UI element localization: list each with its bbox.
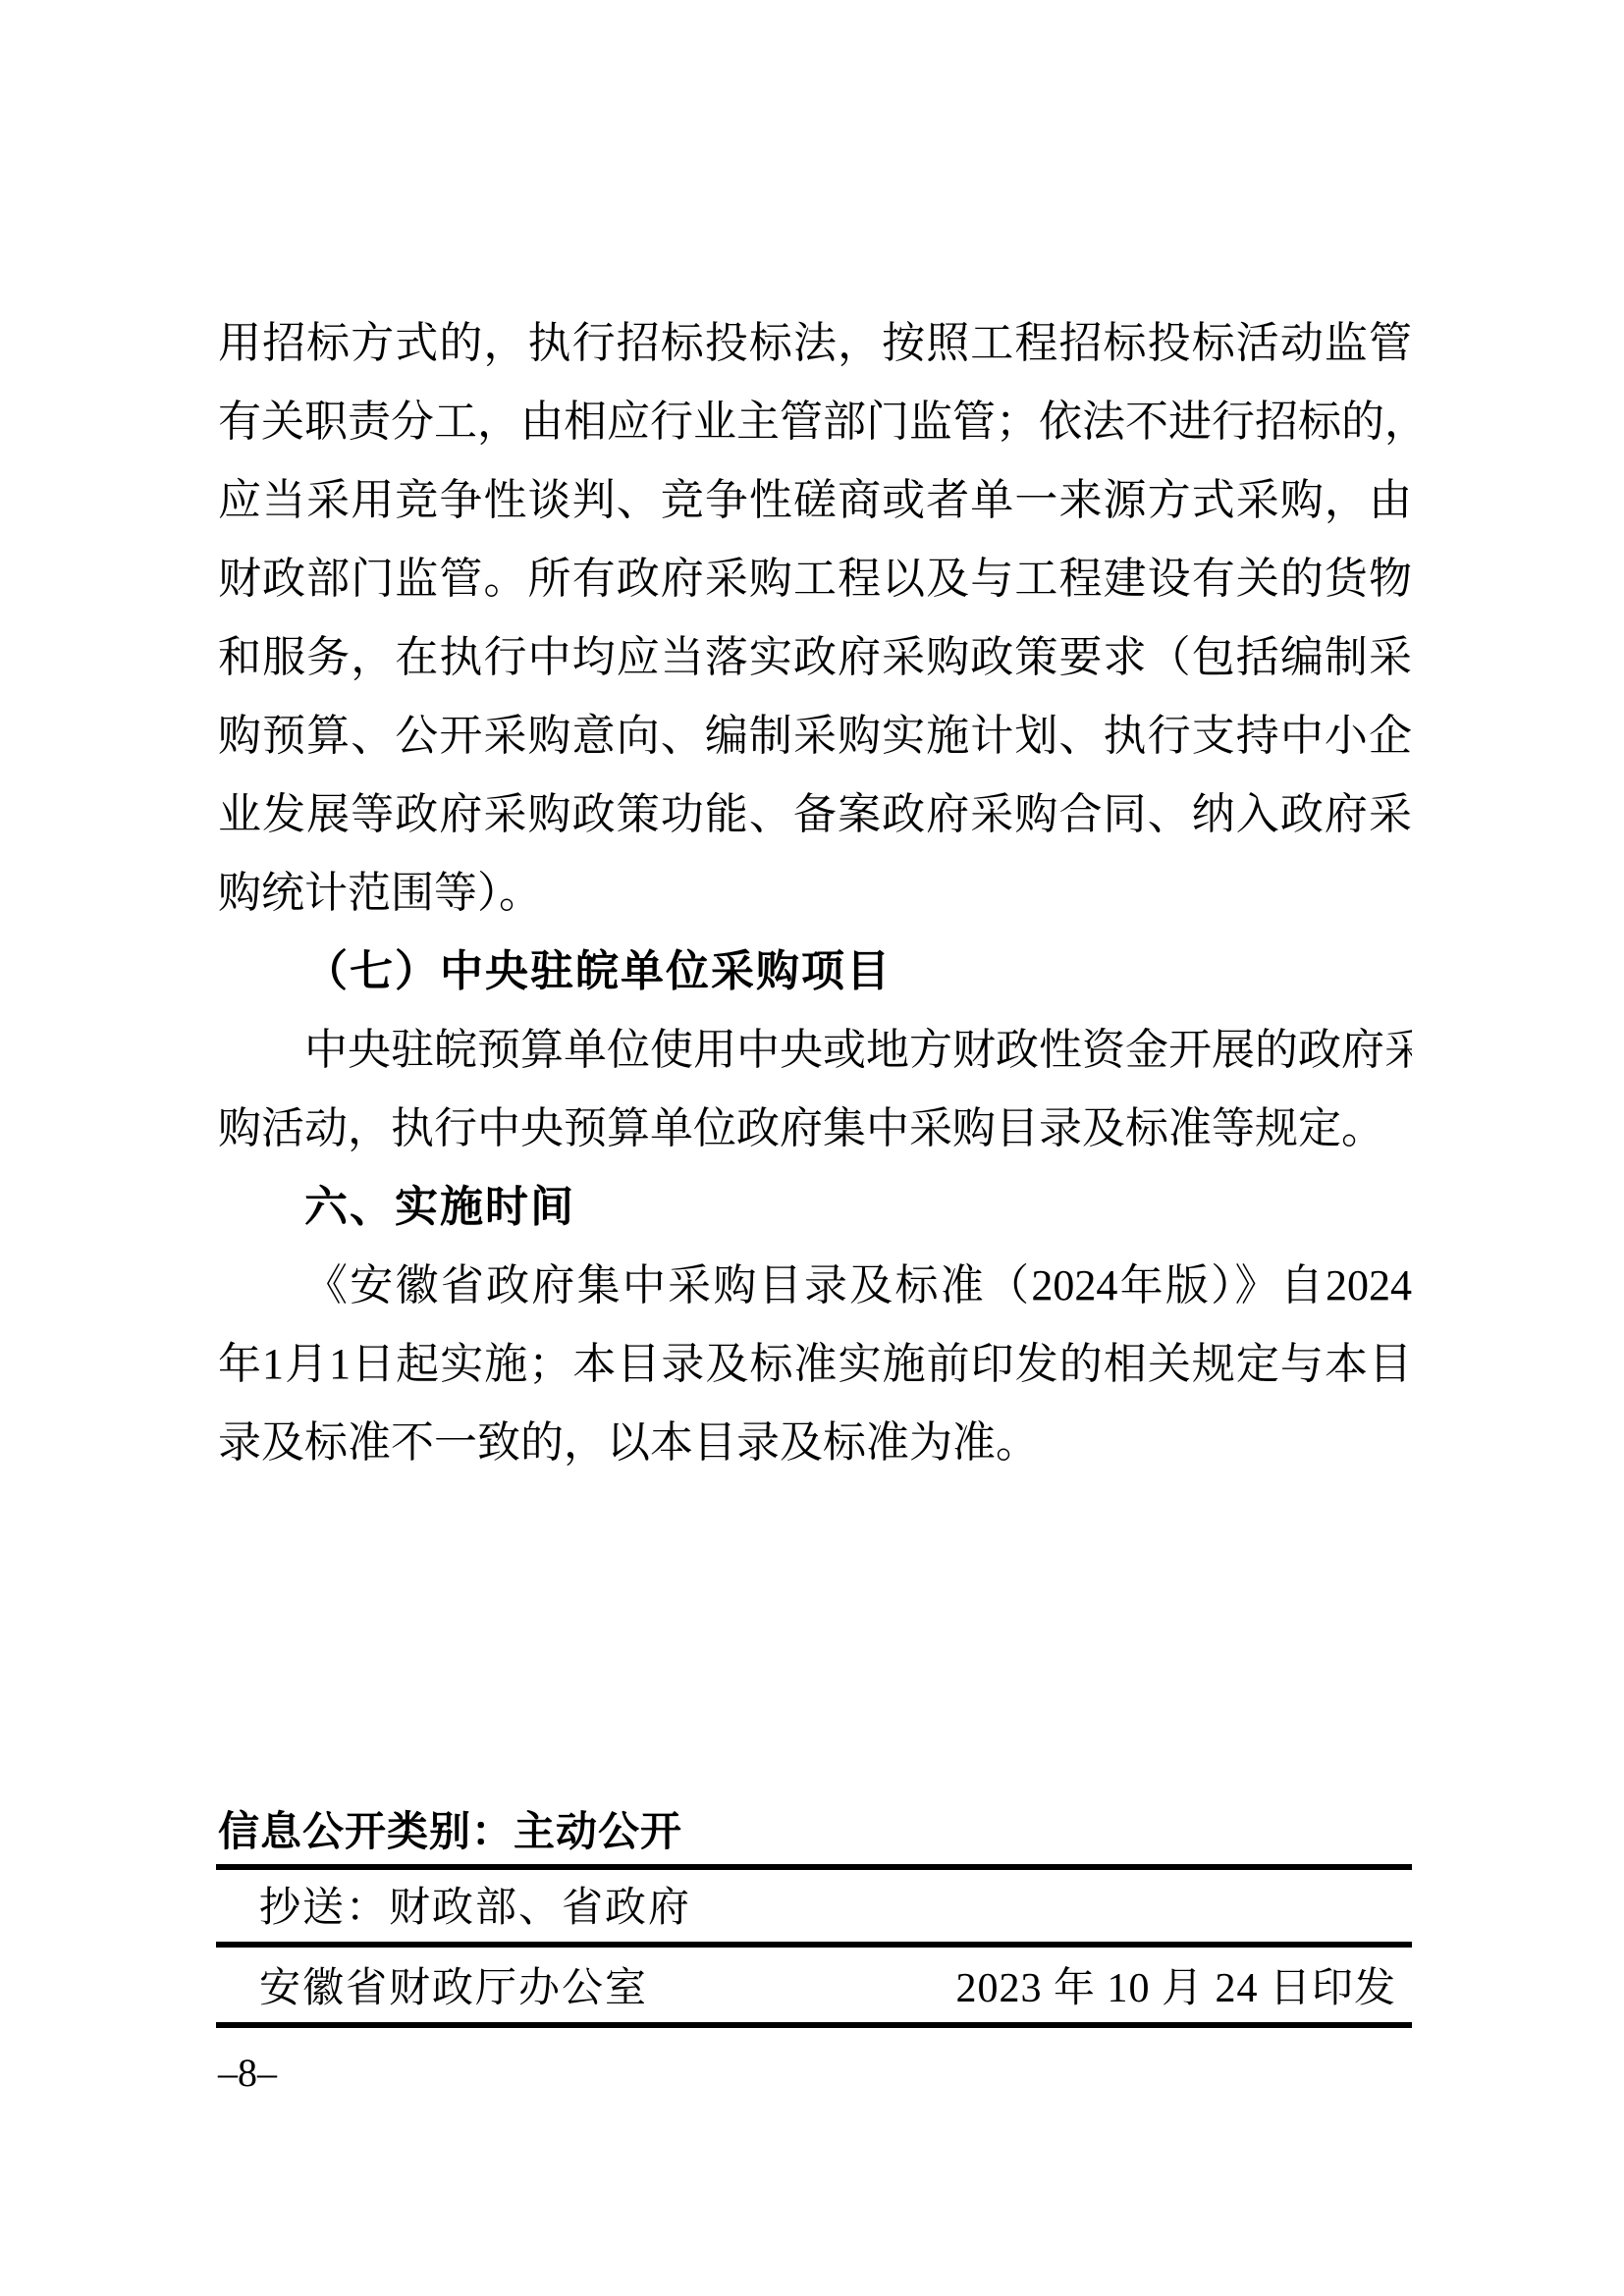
body-line: 购活动，执行中央预算单位政府集中采购目录及标准等规定。 — [218, 1090, 1412, 1168]
body-line: 购预算、公开采购意向、编制采购实施计划、执行支持中小企 — [218, 697, 1412, 775]
body-line: 购统计范围等）。 — [218, 854, 1412, 933]
footer-rule-top — [216, 1864, 1412, 1870]
disclosure-category: 信息公开类别：主动公开 — [218, 1806, 682, 1857]
footer-rule-bottom — [216, 2022, 1412, 2028]
document-body: 用招标方式的，执行招标投标法，按照工程招标投标活动监管 有关职责分工，由相应行业… — [218, 304, 1412, 1482]
section-heading-6: 六、实施时间 — [218, 1168, 1412, 1247]
body-line: 和服务，在执行中均应当落实政府采购政策要求（包括编制采 — [218, 618, 1412, 697]
print-date: 2023 年 10 月 24 日印发 — [955, 1963, 1396, 2014]
body-line: 中央驻皖预算单位使用中央或地方财政性资金开展的政府采 — [218, 1011, 1412, 1090]
section-heading-7: （七）中央驻皖单位采购项目 — [218, 933, 1412, 1011]
page-number: –8– — [218, 2050, 277, 2097]
body-line: 用招标方式的，执行招标投标法，按照工程招标投标活动监管 — [218, 304, 1412, 383]
body-line: 财政部门监管。所有政府采购工程以及与工程建设有关的货物 — [218, 540, 1412, 618]
document-page: 用招标方式的，执行招标投标法，按照工程招标投标活动监管 有关职责分工，由相应行业… — [0, 0, 1624, 2296]
body-line: 有关职责分工，由相应行业主管部门监管；依法不进行招标的， — [218, 383, 1412, 461]
footer-rule-middle — [216, 1942, 1412, 1948]
body-line: 应当采用竞争性谈判、竞争性磋商或者单一来源方式采购，由 — [218, 461, 1412, 540]
issuer-name: 安徽省财政厅办公室 — [259, 1963, 648, 2014]
body-line: 业发展等政府采购政策功能、备案政府采购合同、纳入政府采 — [218, 775, 1412, 854]
cc-line: 抄送：财政部、省政府 — [259, 1883, 691, 1934]
body-line: 《安徽省政府集中采购目录及标准（2024年版）》自2024 — [218, 1247, 1412, 1325]
issuer-row: 安徽省财政厅办公室 2023 年 10 月 24 日印发 — [259, 1963, 1396, 2014]
body-line: 录及标准不一致的，以本目录及标准为准。 — [218, 1404, 1412, 1482]
body-line: 年1月1日起实施；本目录及标准实施前印发的相关规定与本目 — [218, 1325, 1412, 1404]
